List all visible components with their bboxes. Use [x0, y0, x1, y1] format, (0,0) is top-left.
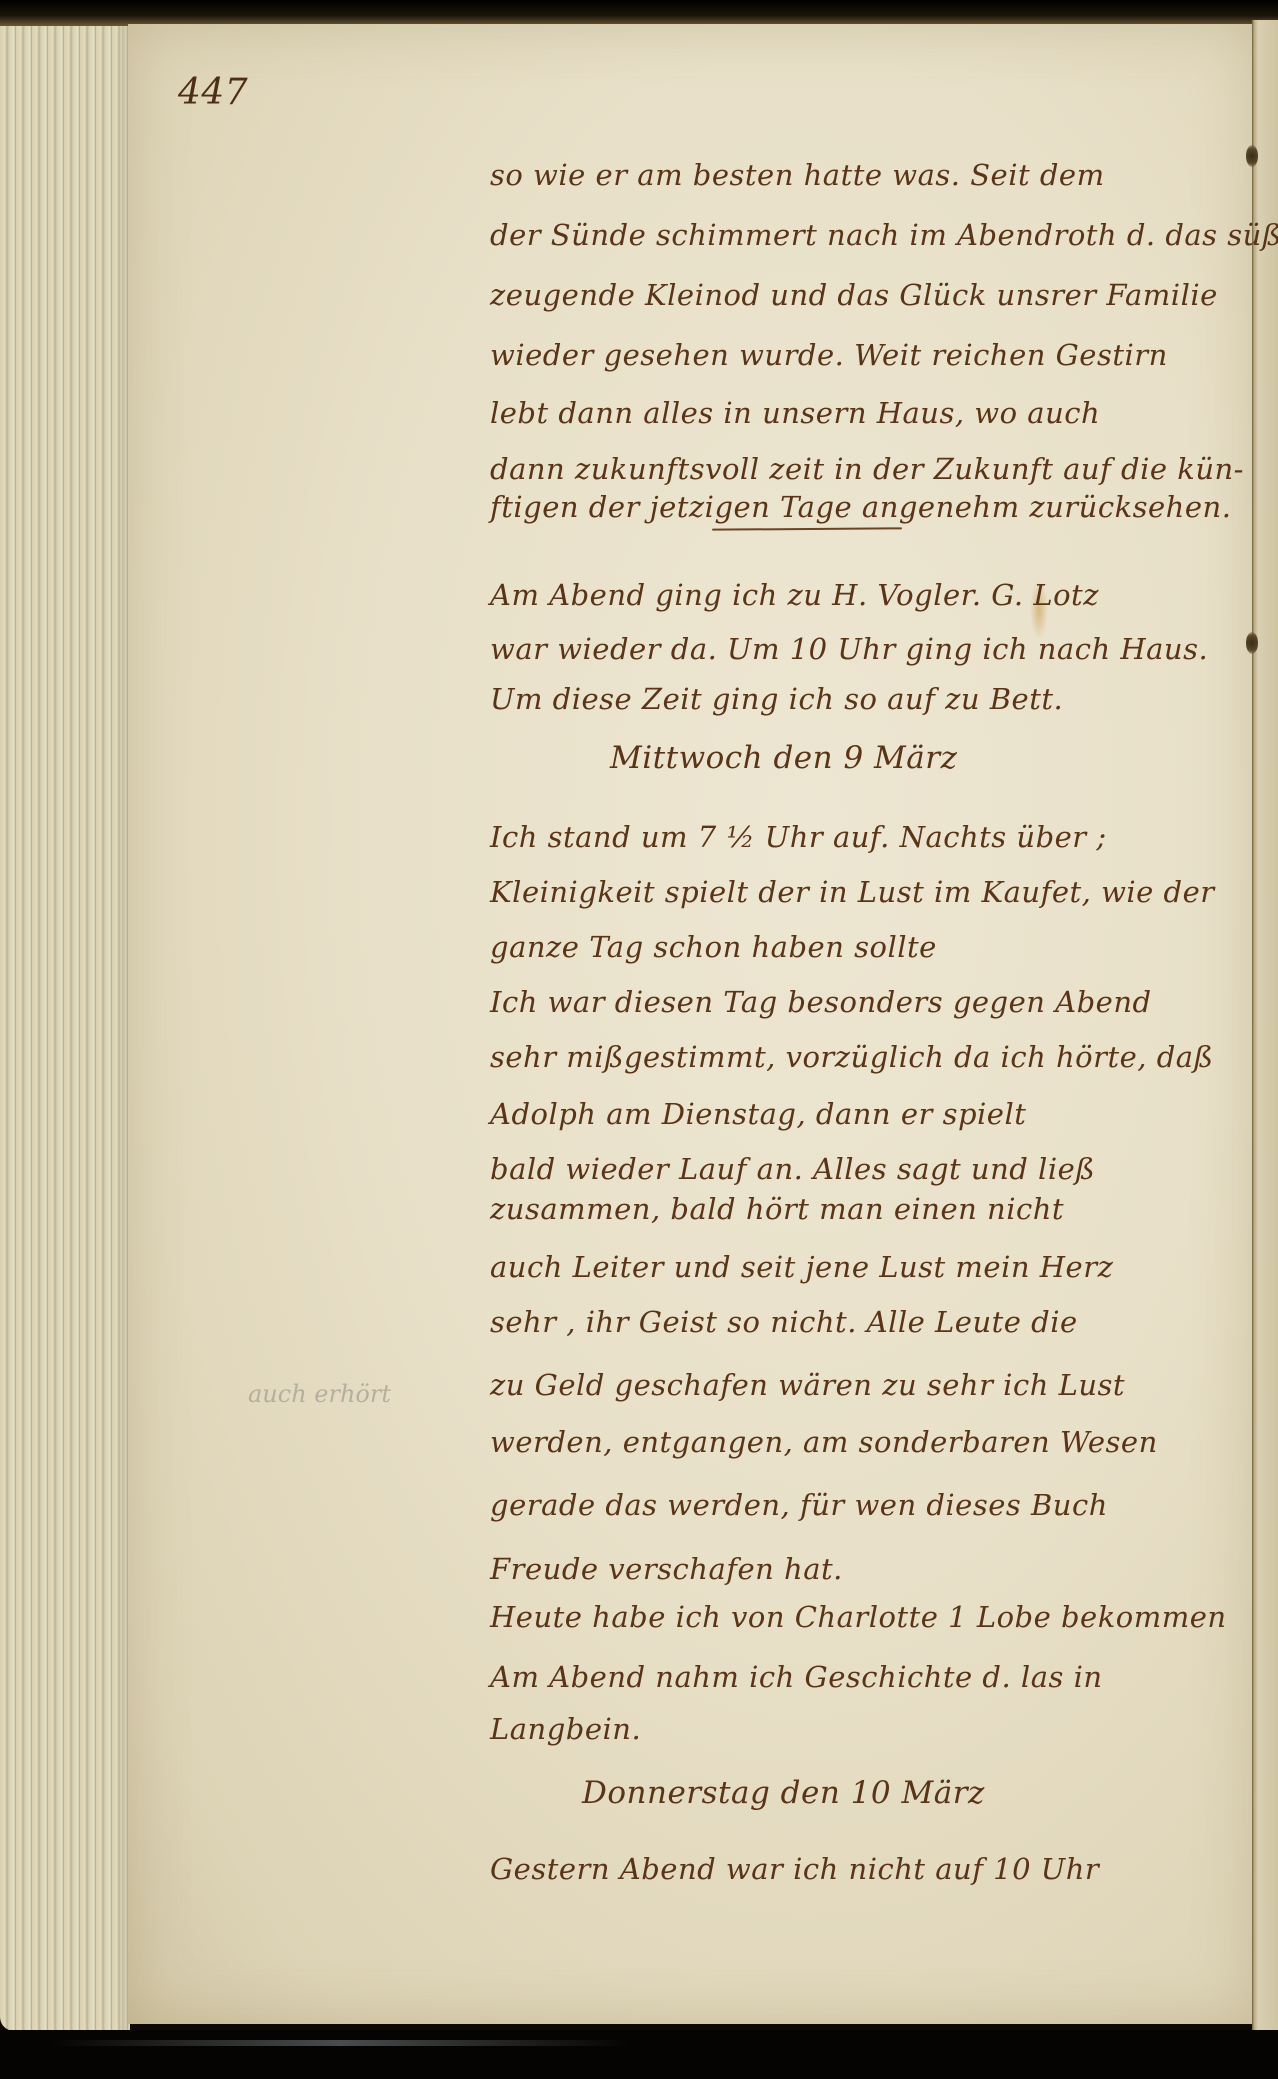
text-line: wieder gesehen wurde. Weit reichen Gesti… — [490, 338, 1168, 372]
text-line: zusammen, bald hört man einen nicht — [490, 1192, 1064, 1226]
text-line: zu Geld geschafen wären zu sehr ich Lust — [490, 1368, 1125, 1402]
text-line: ftigen der jetzigen Tage angenehm zurück… — [490, 490, 1231, 524]
text-line: dann zukunftsvoll zeit in der Zukunft au… — [490, 452, 1244, 486]
scanned-book-spread: 447 so wie er am besten hatte was. Seit … — [0, 0, 1278, 2079]
top-book-edge — [0, 0, 1278, 26]
binding-thread-knot — [1246, 145, 1258, 167]
text-line: sehr , ihr Geist so nicht. Alle Leute di… — [490, 1305, 1078, 1339]
text-line: Kleinigkeit spielt der in Lust im Kaufet… — [490, 875, 1215, 909]
text-line: ganze Tag schon haben sollte — [490, 930, 937, 964]
text-line: Um diese Zeit ging ich so auf zu Bett. — [490, 682, 1063, 716]
bottom-book-edge — [0, 2030, 1278, 2079]
text-line: war wieder da. Um 10 Uhr ging ich nach H… — [490, 632, 1208, 666]
manuscript-page — [128, 24, 1254, 2024]
text-line: Am Abend ging ich zu H. Vogler. G. Lotz — [490, 578, 1099, 612]
text-line: zeugende Kleinod und das Glück unsrer Fa… — [490, 278, 1218, 312]
text-line: werden, entgangen, am sonderbaren Wesen — [490, 1425, 1158, 1459]
text-line: Ich war diesen Tag besonders gegen Abend — [490, 985, 1152, 1019]
text-line: der Sünde schimmert nach im Abendroth d.… — [490, 218, 1278, 252]
page-number: 447 — [178, 72, 248, 113]
text-line: sehr mißgestimmt, vorzüglich da ich hört… — [490, 1040, 1213, 1074]
text-line: lebt dann alles in unsern Haus, wo auch — [490, 396, 1100, 430]
book-spine — [1252, 20, 1278, 2030]
text-line: Freude verschafen hat. — [490, 1552, 843, 1586]
text-line: Adolph am Dienstag, dann er spielt — [490, 1097, 1026, 1131]
pencil-margin-note: auch erhört — [248, 1380, 391, 1408]
text-line: Gestern Abend war ich nicht auf 10 Uhr — [490, 1852, 1099, 1886]
text-line: auch Leiter und seit jene Lust mein Herz — [490, 1250, 1113, 1284]
entry-date-heading: Mittwoch den 9 März — [610, 740, 957, 776]
binding-thread-knot — [1246, 632, 1258, 654]
page-edge-sheen — [50, 2040, 630, 2046]
text-line: Ich stand um 7 ½ Uhr auf. Nachts über ; — [490, 820, 1107, 854]
text-line: Heute habe ich von Charlotte 1 Lobe beko… — [490, 1600, 1227, 1634]
text-line: so wie er am besten hatte was. Seit dem — [490, 158, 1105, 192]
entry-date-heading: Donnerstag den 10 März — [582, 1775, 985, 1811]
text-line: Langbein. — [490, 1712, 641, 1746]
text-line: Am Abend nahm ich Geschichte d. las in — [490, 1660, 1103, 1694]
text-line: gerade das werden, für wen dieses Buch — [490, 1488, 1108, 1522]
page-stack-edge — [0, 26, 130, 2031]
text-line: bald wieder Lauf an. Alles sagt und ließ — [490, 1152, 1095, 1186]
